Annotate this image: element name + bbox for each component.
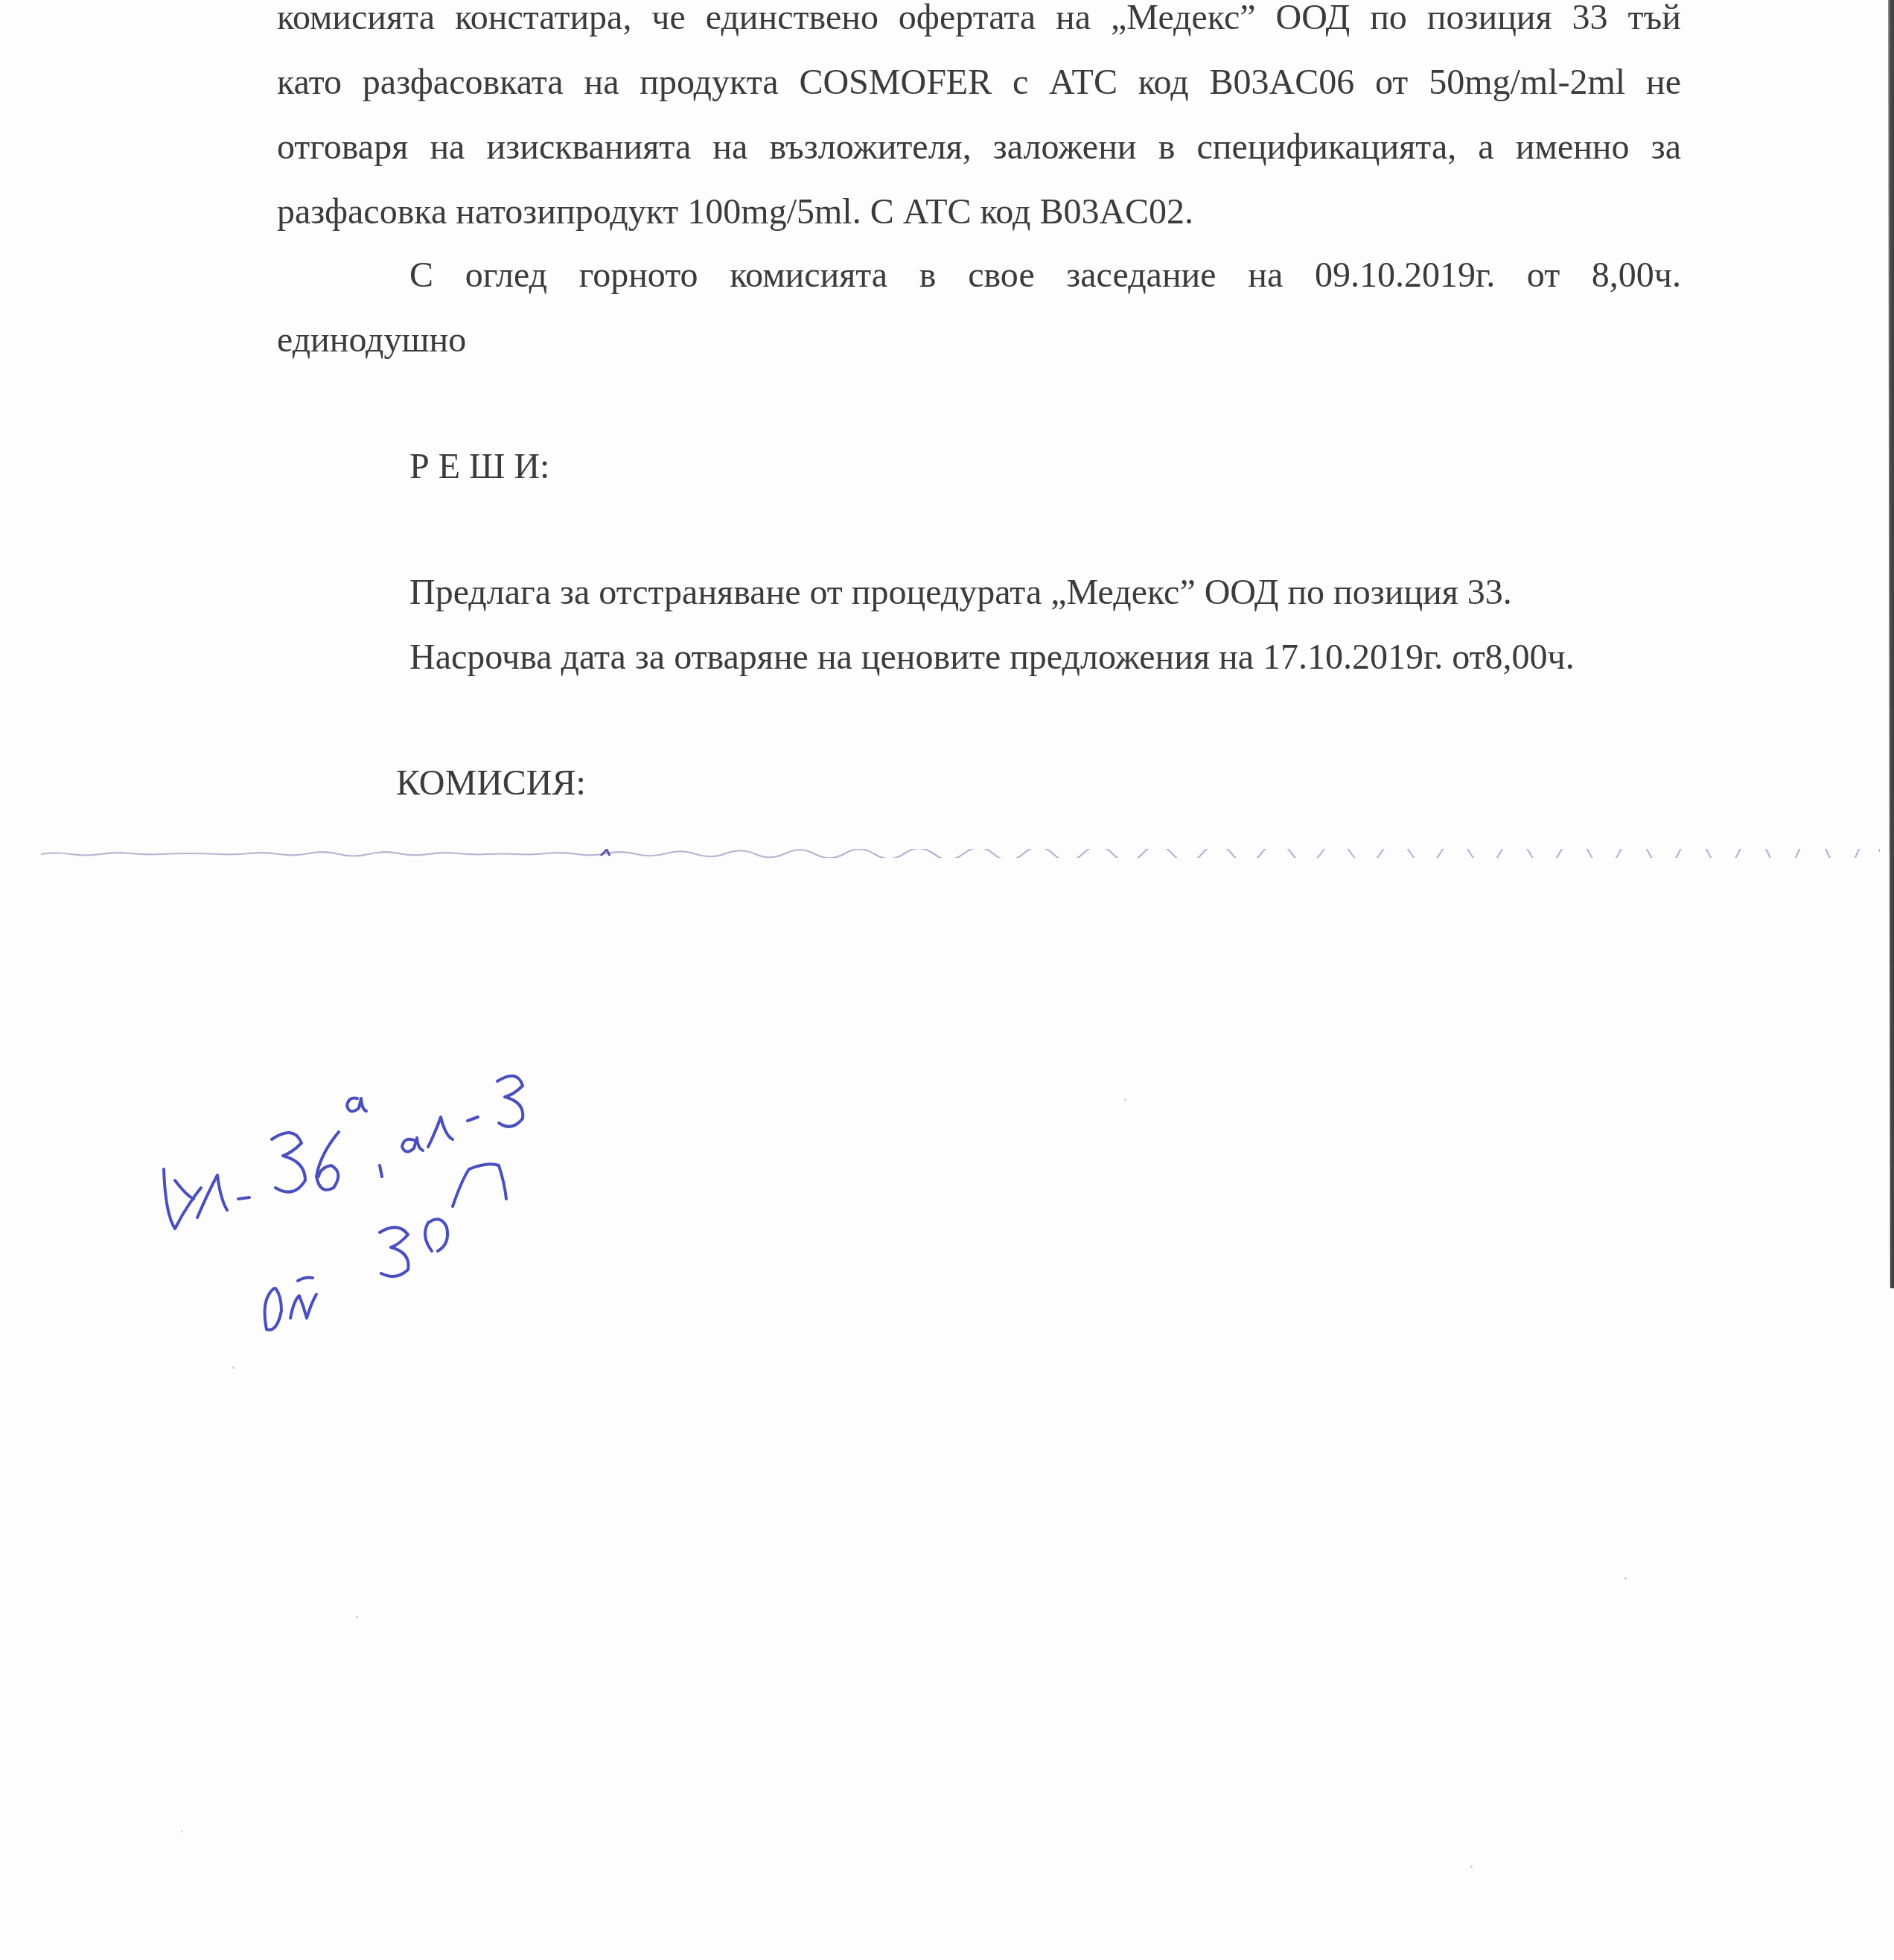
scan-speck bbox=[356, 1616, 358, 1618]
paragraph-1-line-4: разфасовка натозипродукт 100mg/5ml. С АТ… bbox=[277, 190, 1193, 235]
scanned-document-page: комисията констатира, че единствено офер… bbox=[0, 0, 1894, 1960]
scan-edge-shadow bbox=[1888, 0, 1894, 1288]
decision-heading: Р Е Ш И: bbox=[409, 445, 549, 489]
paragraph-1-line-3: отговаря на изискванията на възложителя,… bbox=[277, 125, 1681, 170]
paragraph-1-line-2: като разфасовката на продукта COSMOFER с… bbox=[277, 60, 1681, 105]
scan-speck bbox=[1124, 1098, 1126, 1101]
scan-speck bbox=[232, 1366, 235, 1369]
commission-label: КОМИСИЯ: bbox=[396, 761, 586, 806]
decision-item-2: Насрочва дата за отваряне на ценовите пр… bbox=[409, 635, 1575, 680]
scan-speck bbox=[1624, 1577, 1627, 1579]
paragraph-2-line-2: единодушно bbox=[277, 318, 466, 363]
signature-line bbox=[41, 849, 1880, 858]
scan-speck bbox=[1470, 1865, 1473, 1868]
paragraph-2-line-1: С оглед горното комисията в свое заседан… bbox=[409, 253, 1681, 298]
paragraph-1-line-1: комисията констатира, че единствено офер… bbox=[277, 0, 1681, 40]
decision-item-1: Предлага за отстраняване от процедурата … bbox=[409, 570, 1512, 615]
handwritten-note bbox=[134, 1028, 625, 1348]
scan-speck bbox=[181, 1830, 183, 1833]
